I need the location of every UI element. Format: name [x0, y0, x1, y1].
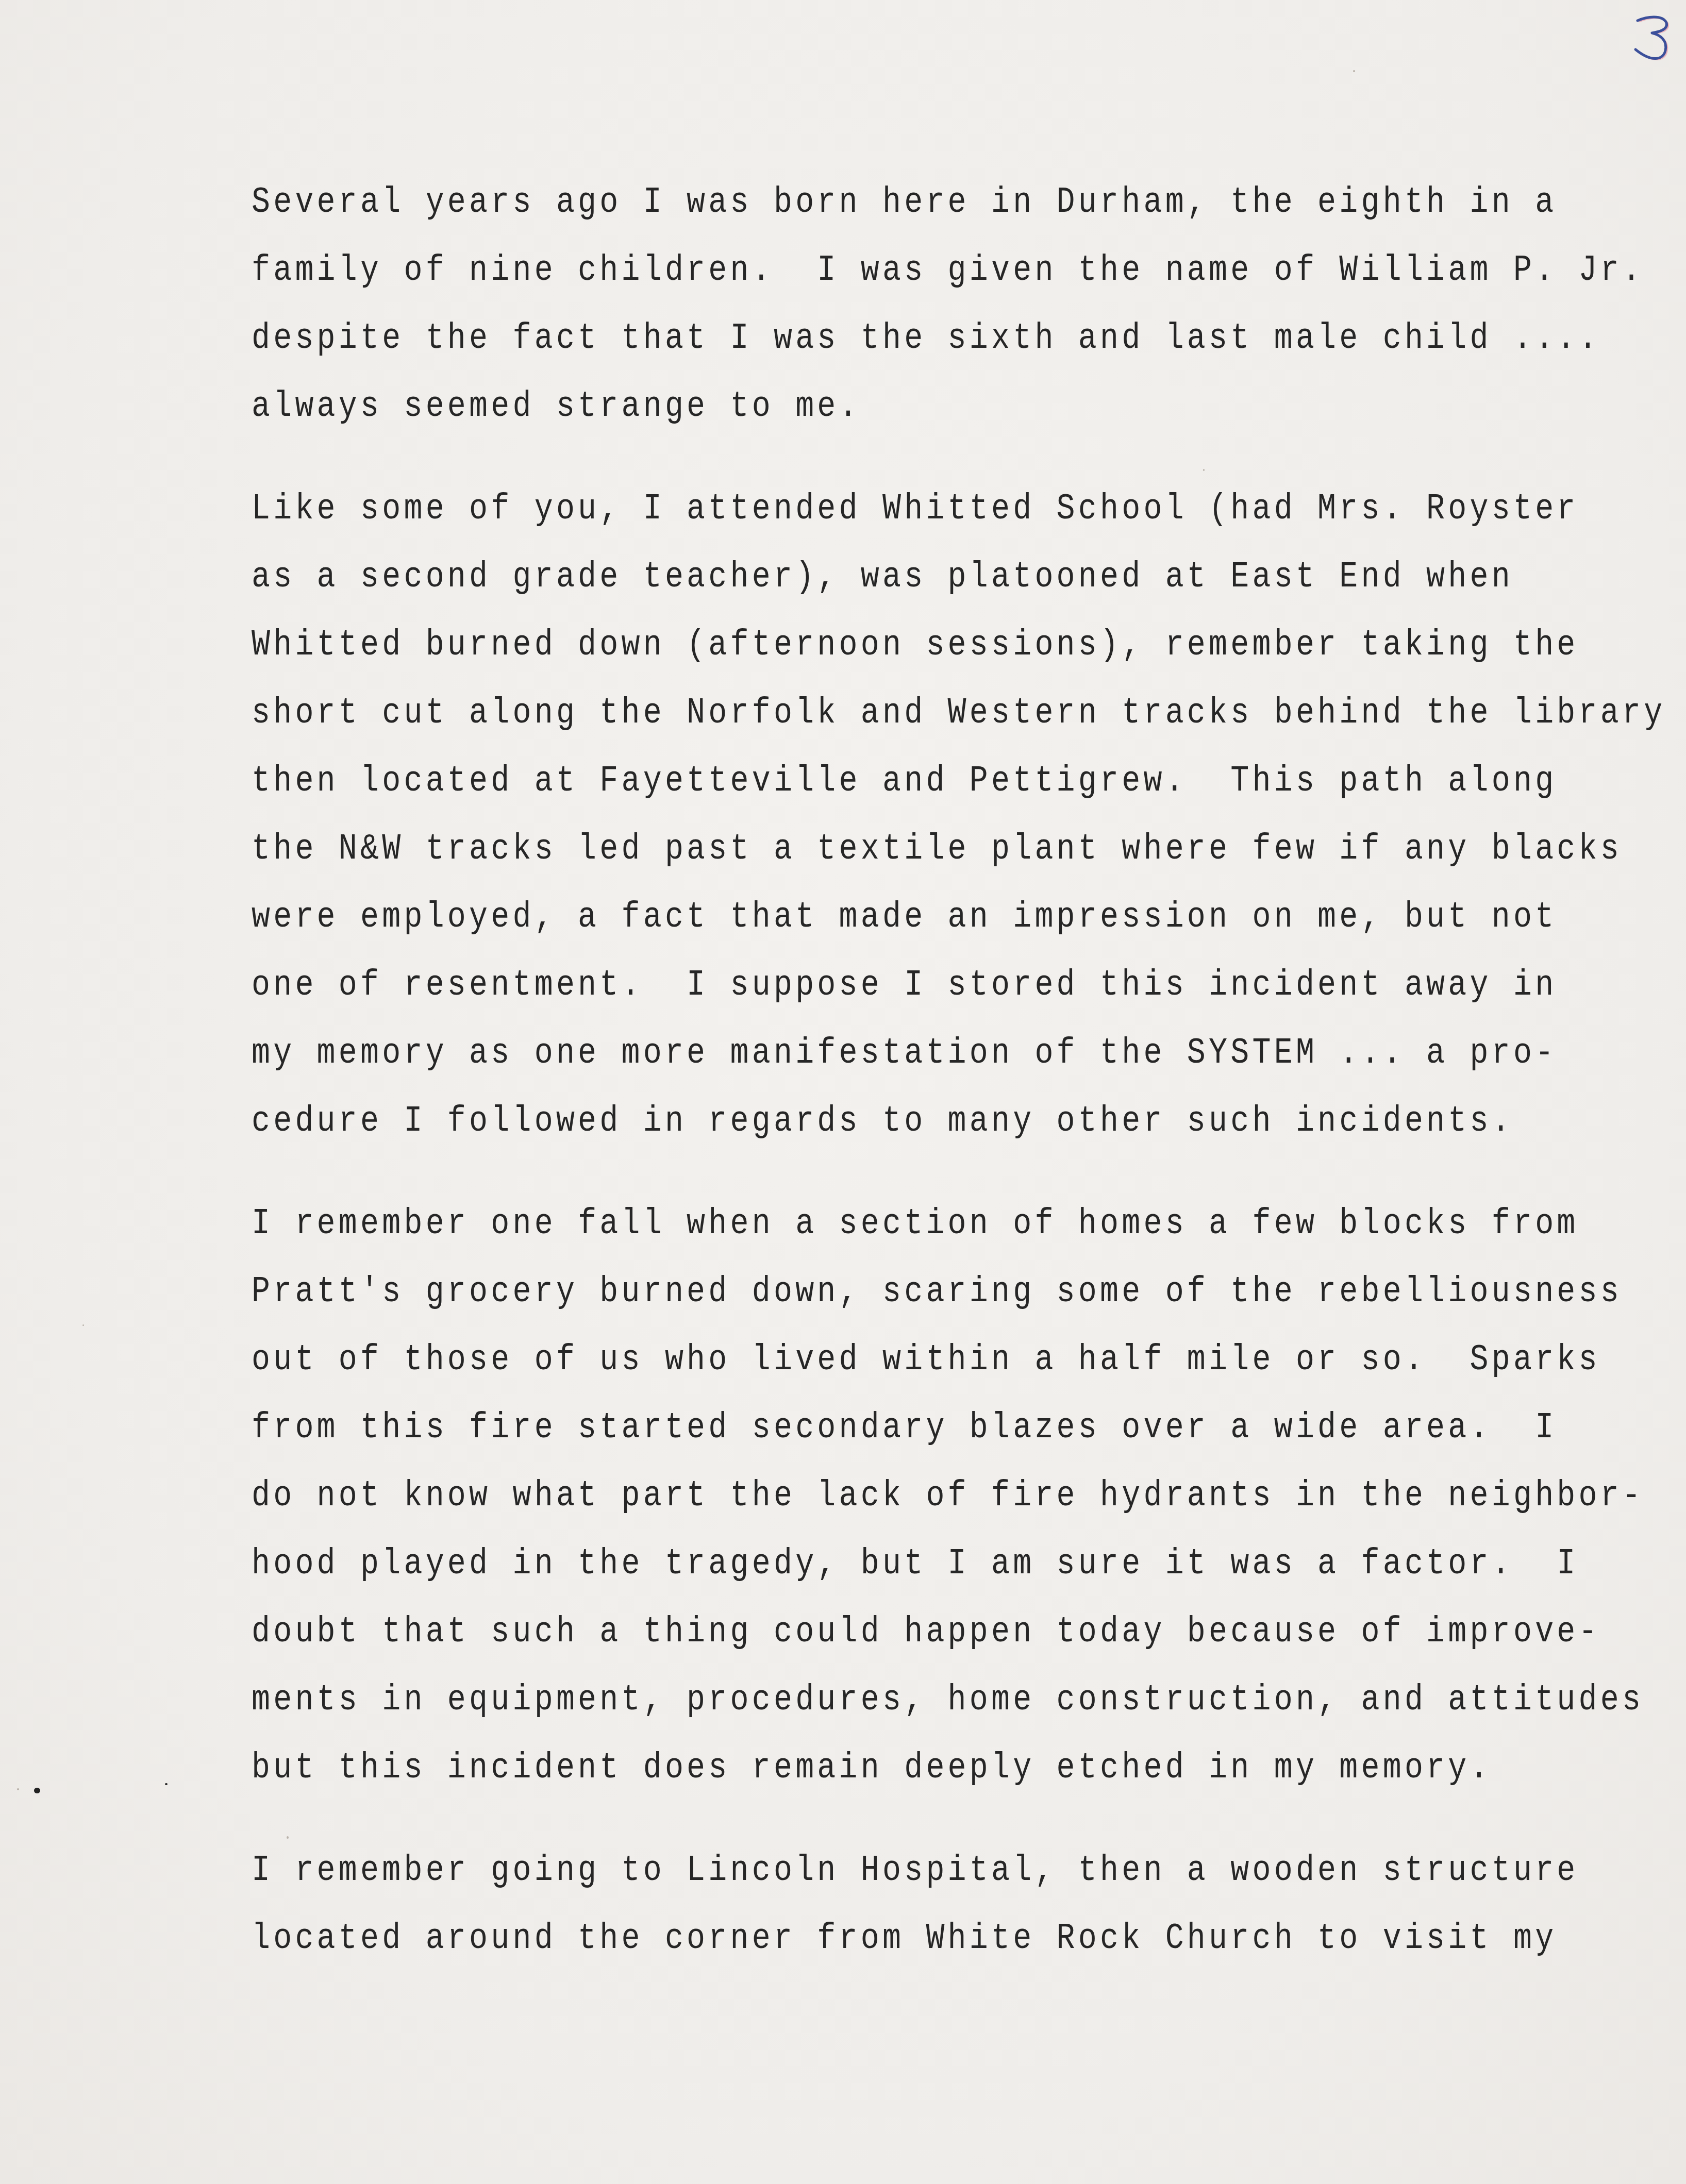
text-line: but this incident does remain deeply etc…	[252, 1735, 1643, 1815]
paper-speck	[82, 1324, 84, 1326]
document-page: Several years ago I was born here in Dur…	[0, 0, 1686, 2184]
handwritten-page-number	[1631, 9, 1673, 66]
text-line: located around the corner from White Roc…	[252, 1905, 1643, 1986]
paragraph-birth: Several years ago I was born here in Dur…	[252, 175, 1643, 447]
text-line: cedure I followed in regards to many oth…	[252, 1088, 1643, 1168]
paragraph-fire: I remember one fall when a section of ho…	[252, 1197, 1643, 1809]
paper-speck	[17, 1788, 19, 1790]
paper-speck	[34, 1788, 40, 1793]
paper-speck	[1353, 70, 1355, 72]
typewritten-body: Several years ago I was born here in Dur…	[252, 175, 1643, 1979]
paper-speck	[165, 1783, 168, 1785]
paper-speck	[1203, 469, 1205, 471]
text-line: always seemed strange to me.	[252, 373, 1643, 453]
paper-speck	[287, 1836, 289, 1839]
paragraph-hospital: I remember going to Lincoln Hospital, th…	[252, 1843, 1643, 1979]
paragraph-school: Like some of you, I attended Whitted Sch…	[252, 482, 1643, 1162]
